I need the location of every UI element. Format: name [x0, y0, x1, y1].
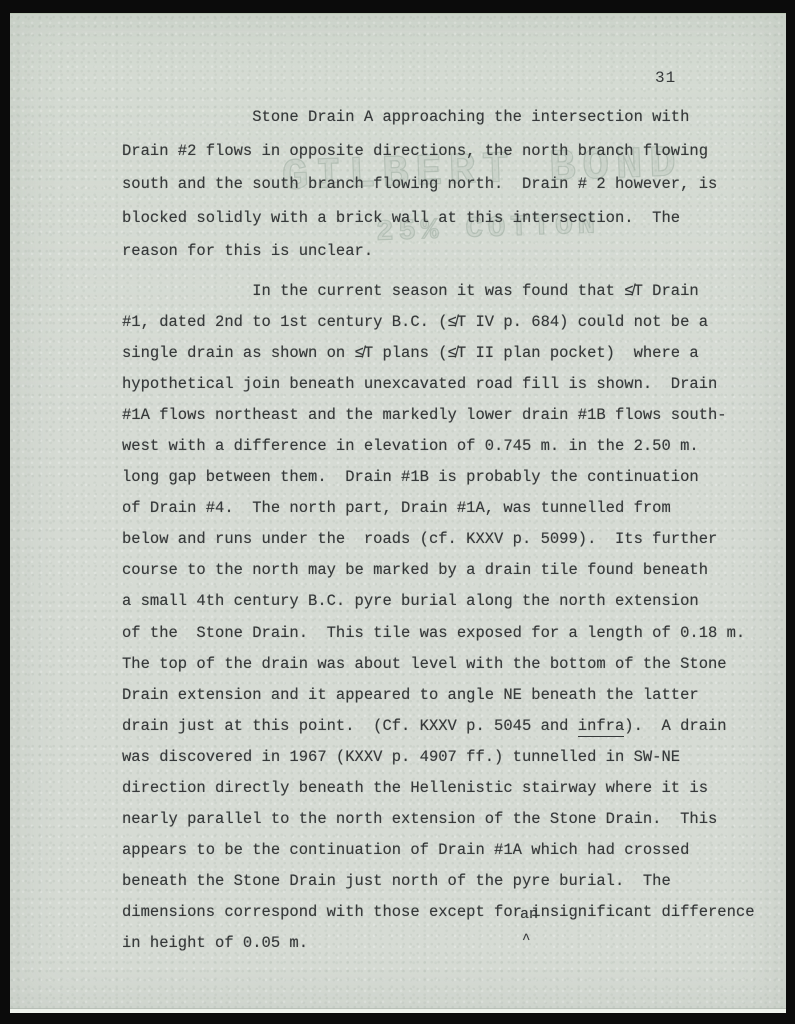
text-segment: dimensions correspond with those except … — [122, 903, 522, 921]
text-segment: Drain #2 flows in opposite directions, t… — [122, 142, 708, 160]
typed-line: single drain as shown on ≰T plans (≰T II… — [122, 338, 782, 369]
text-segment: hypothetical join beneath unexcavated ro… — [122, 375, 717, 393]
typed-line: Drain #2 flows in opposite directions, t… — [122, 135, 782, 169]
paragraph: Stone Drain A approaching the intersecti… — [122, 101, 782, 269]
document-page: GILBERT BOND 25% COTTON 31 Stone Drain A… — [10, 13, 786, 1013]
typed-line: long gap between them. Drain #1B is prob… — [122, 462, 782, 493]
typed-line: hypothetical join beneath unexcavated ro… — [122, 369, 782, 400]
text-segment: south and the south branch flowing north… — [122, 175, 717, 193]
typed-line: below and runs under the roads (cf. KXXV… — [122, 524, 782, 555]
typed-line: course to the north may be marked by a d… — [122, 555, 782, 586]
typed-line: The top of the drain was about level wit… — [122, 649, 782, 680]
text-segment: below and runs under the roads (cf. KXXV… — [122, 530, 717, 548]
scan-backdrop: GILBERT BOND 25% COTTON 31 Stone Drain A… — [0, 0, 795, 1024]
text-segment: beneath the Stone Drain just north of th… — [122, 872, 671, 890]
typed-line: blocked solidly with a brick wall at thi… — [122, 202, 782, 236]
typed-line: Stone Drain A approaching the intersecti… — [122, 101, 782, 135]
typed-line: #1, dated 2nd to 1st century B.C. (≰T IV… — [122, 307, 782, 338]
typed-line: direction directly beneath the Hellenist… — [122, 773, 782, 804]
typed-line: of the Stone Drain. This tile was expose… — [122, 618, 782, 649]
text-segment: course to the north may be marked by a d… — [122, 561, 708, 579]
text-segment: insignificant difference — [531, 903, 754, 921]
typed-line: #1A flows northeast and the markedly low… — [122, 400, 782, 431]
text-segment: a small 4th century B.C. pyre burial alo… — [122, 592, 699, 610]
typed-line: In the current season it was found that … — [122, 276, 782, 307]
paragraph: In the current season it was found that … — [122, 276, 782, 960]
text-segment: #1, dated 2nd to 1st century B.C. (≰T IV… — [122, 313, 708, 331]
typed-line: Drain extension and it appeared to angle… — [122, 680, 782, 711]
text-segment: long gap between them. Drain #1B is prob… — [122, 468, 699, 486]
text-segment: In the current season it was found that … — [122, 282, 699, 300]
typed-line: west with a difference in elevation of 0… — [122, 431, 782, 462]
text-segment: nearly parallel to the north extension o… — [122, 810, 717, 828]
typed-line: dimensions correspond with those except … — [122, 897, 782, 928]
text-segment: Stone Drain A approaching the intersecti… — [122, 108, 689, 126]
text-segment: Drain extension and it appeared to angle… — [122, 686, 699, 704]
typed-line: nearly parallel to the north extension o… — [122, 804, 782, 835]
typed-line: drain just at this point. (Cf. KXXV p. 5… — [122, 711, 782, 742]
text-segment: #1A flows northeast and the markedly low… — [122, 406, 727, 424]
typed-line: of Drain #4. The north part, Drain #1A, … — [122, 493, 782, 524]
text-segment: single drain as shown on ≰T plans (≰T II… — [122, 344, 699, 362]
typed-line: in height of 0.05 m. — [122, 928, 782, 959]
text-segment: in height of 0.05 m. — [122, 934, 308, 952]
typed-line: was discovered in 1967 (KXXV p. 4907 ff.… — [122, 742, 782, 773]
typed-text-body: Stone Drain A approaching the intersecti… — [122, 101, 782, 960]
text-segment: direction directly beneath the Hellenist… — [122, 779, 708, 797]
text-segment: blocked solidly with a brick wall at thi… — [122, 209, 680, 227]
typed-line: a small 4th century B.C. pyre burial alo… — [122, 586, 782, 617]
typed-line: beneath the Stone Drain just north of th… — [122, 866, 782, 897]
text-segment: The top of the drain was about level wit… — [122, 655, 727, 673]
typed-line: appears to be the continuation of Drain … — [122, 835, 782, 866]
page-number: 31 — [655, 69, 676, 87]
inserted-word: an — [520, 899, 538, 930]
text-segment: reason for this is unclear. — [122, 242, 373, 260]
text-segment: of Drain #4. The north part, Drain #1A, … — [122, 499, 671, 517]
typed-line: south and the south branch flowing north… — [122, 168, 782, 202]
text-segment: ). A drain — [624, 717, 726, 735]
text-segment: drain just at this point. (Cf. KXXV p. 5… — [122, 717, 578, 735]
underlined-text: infra — [578, 717, 625, 737]
typed-line: reason for this is unclear. — [122, 235, 782, 269]
text-segment: appears to be the continuation of Drain … — [122, 841, 689, 859]
text-segment: west with a difference in elevation of 0… — [122, 437, 699, 455]
text-segment: was discovered in 1967 (KXXV p. 4907 ff.… — [122, 748, 680, 766]
text-segment: of the Stone Drain. This tile was expose… — [122, 624, 745, 642]
